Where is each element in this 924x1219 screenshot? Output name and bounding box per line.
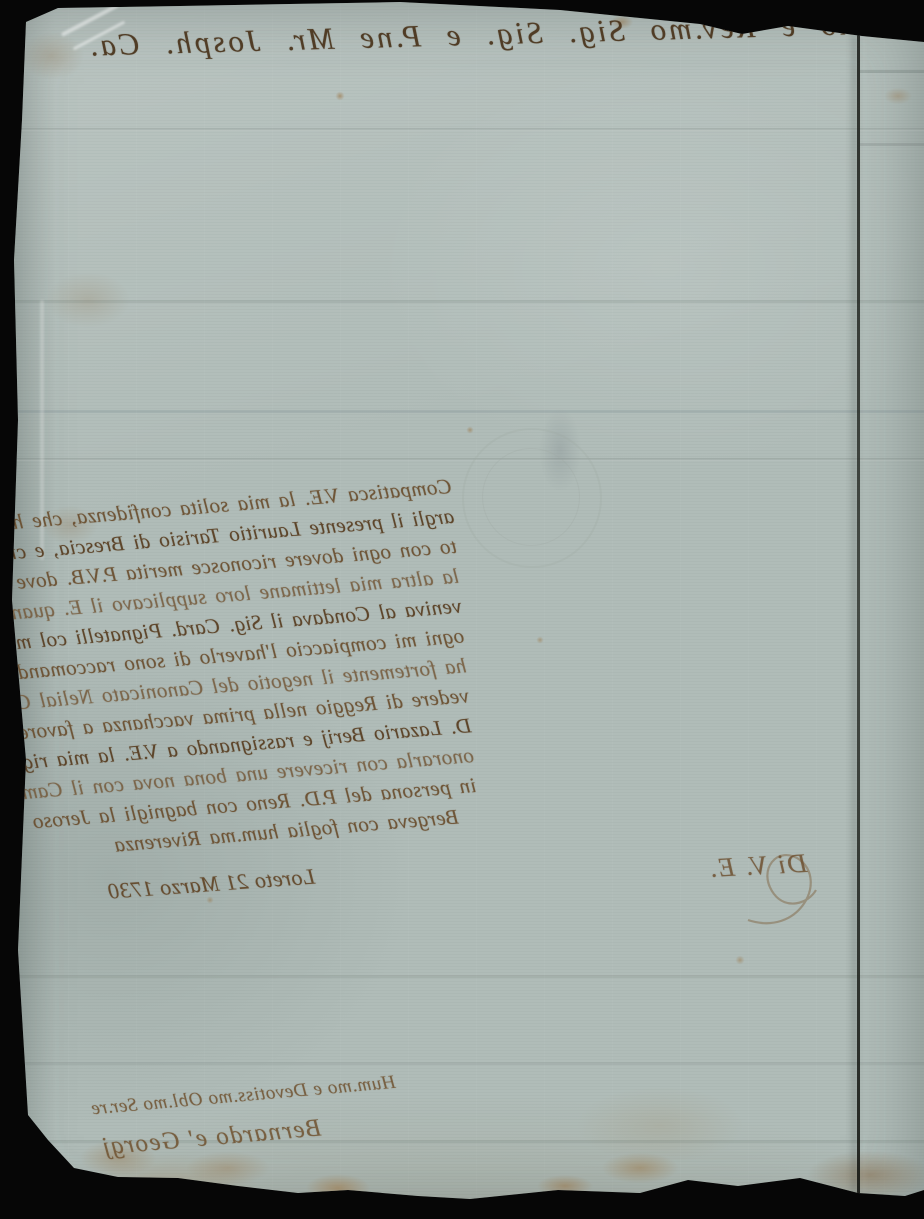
watermark-inner-circle (482, 448, 580, 546)
letter-page: Em.mo e Rev.mo Sig. Sig. e P.ne Mr. Josp… (0, 0, 924, 1219)
crease-line (0, 975, 924, 978)
date-place-line: Loreto 21 Marzo 1730 (83, 864, 318, 925)
crease-line (0, 128, 924, 131)
signature-formula: Hum.mo e Devotiss.mo Obl.mo Ser.re (66, 1072, 397, 1123)
watermark-circle (462, 428, 602, 568)
fold-crease (857, 34, 860, 1194)
crease-line (0, 300, 924, 303)
letter-body: Compatisca V.E. la mia solita confidenza… (0, 471, 480, 873)
signature-block: Hum.mo e Devotiss.mo Obl.mo Ser.re Berna… (66, 1072, 404, 1210)
manuscript-scan: Em.mo e Rev.mo Sig. Sig. e P.ne Mr. Josp… (0, 0, 924, 1219)
valediction: Di V. E. (647, 848, 810, 916)
crease-line (0, 410, 924, 413)
crease-line (860, 70, 924, 73)
address-line: Em.mo e Rev.mo Sig. Sig. e P.ne Mr. Josp… (87, 4, 920, 91)
crease-line (860, 143, 924, 146)
signature-name: Bernardo e' Georgj (69, 1114, 322, 1164)
crease-line (0, 458, 924, 461)
crease-line (0, 1062, 924, 1065)
